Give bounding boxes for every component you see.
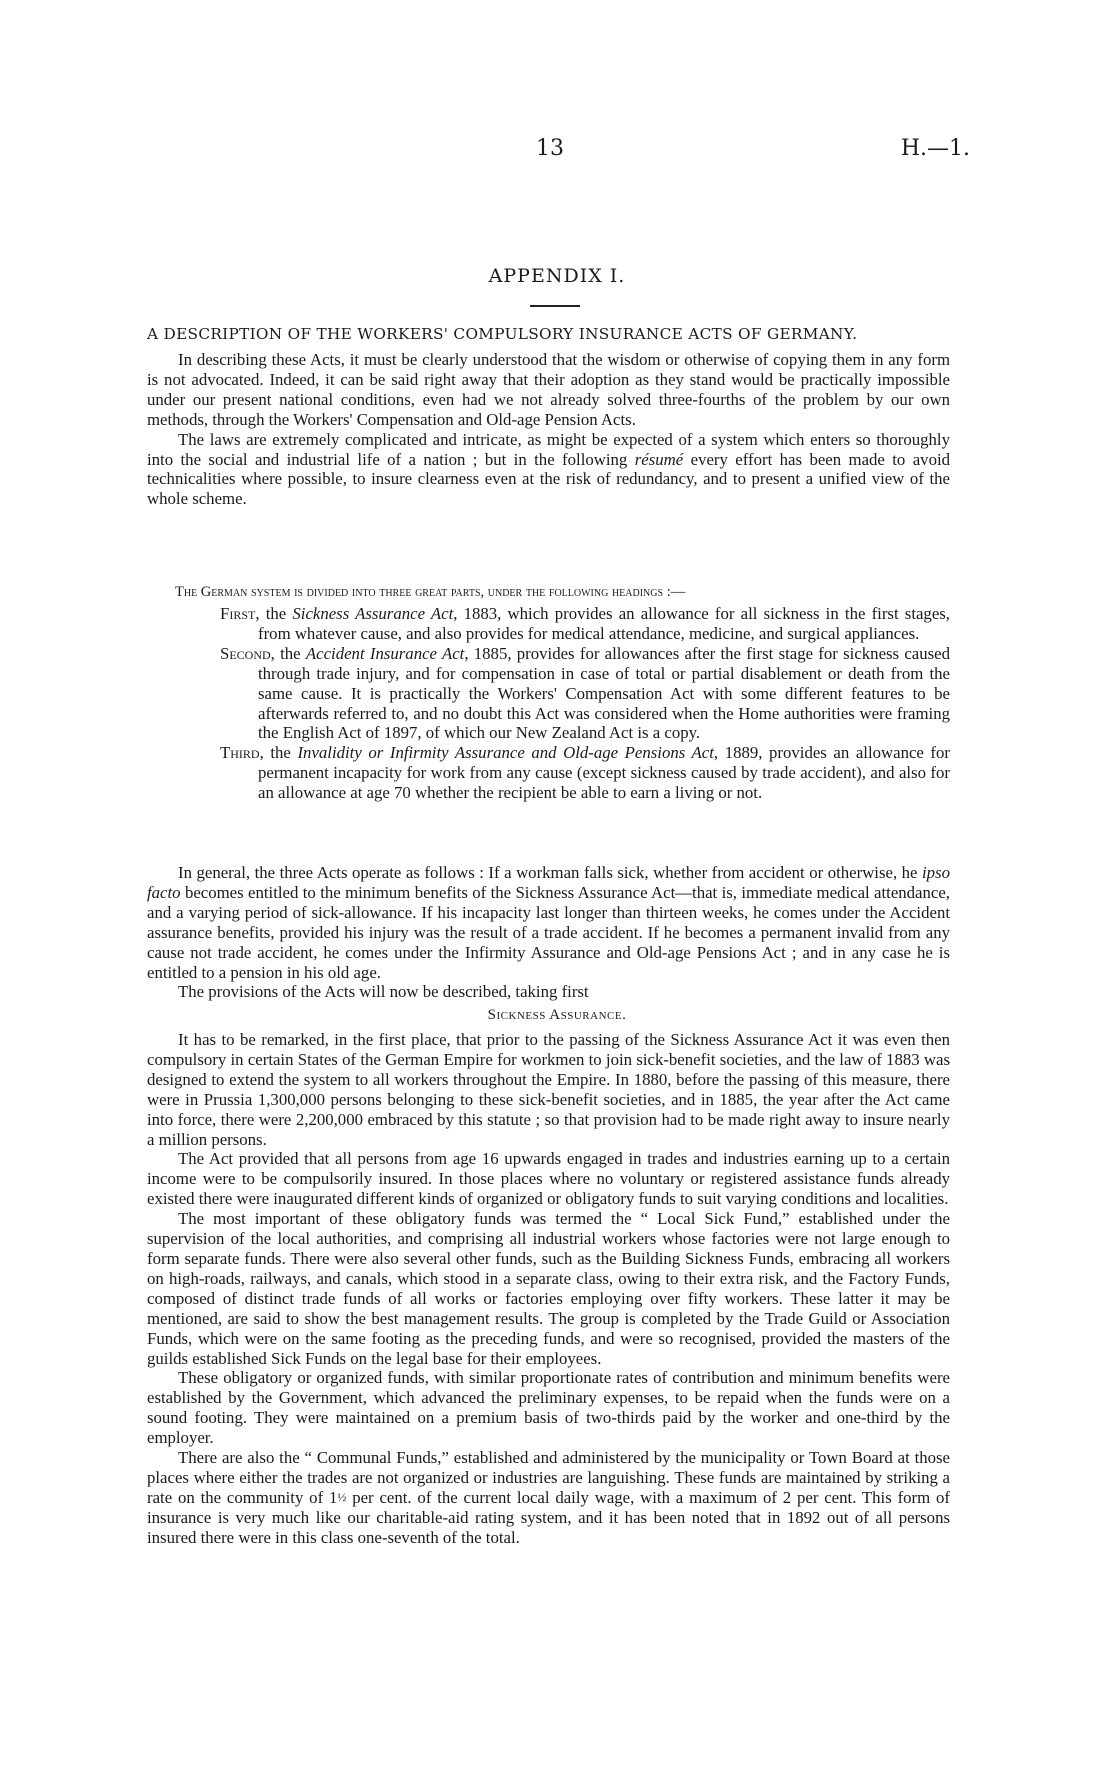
general-p1-b: becomes entitled to the minimum benefits… (147, 883, 950, 982)
appendix-title: APPENDIX I. (0, 265, 1114, 287)
part-third: Third, the Invalidity or Infirmity Assur… (220, 743, 950, 803)
resume-italic: résumé (635, 450, 683, 469)
intro-paragraph-1: In describing these Acts, it must be cle… (147, 350, 950, 430)
part-ordinal: First (220, 604, 255, 623)
part-first: First, the Sickness Assurance Act, 1883,… (220, 604, 950, 644)
document-page: 13 H.—1. APPENDIX I. A Description of th… (0, 0, 1114, 1769)
part-second: Second, the Accident Insurance Act, 1885… (220, 644, 950, 744)
sickness-section: It has to be remarked, in the first plac… (147, 1030, 950, 1548)
act-name: Accident Insurance Act (306, 644, 464, 663)
system-heading: The German system is divided into three … (175, 584, 955, 601)
sickness-paragraph-1: It has to be remarked, in the first plac… (147, 1030, 950, 1149)
act-name: Invalidity or Infirmity Assurance and Ol… (297, 743, 713, 762)
page-number: 13 (520, 136, 580, 161)
part-pre: , the (271, 644, 306, 663)
part-pre: , the (255, 604, 292, 623)
sickness-paragraph-5: There are also the “ Communal Funds,” es… (147, 1448, 950, 1548)
sickness-paragraph-2: The Act provided that all persons from a… (147, 1149, 950, 1209)
intro-p2-start: The laws are extremely complicated and i… (178, 430, 850, 449)
general-section: In general, the three Acts operate as fo… (147, 863, 950, 1002)
title-divider (530, 305, 580, 308)
general-paragraph-1: In general, the three Acts operate as fo… (147, 863, 950, 982)
general-paragraph-2: The provisions of the Acts will now be d… (147, 982, 950, 1002)
intro-paragraph-2: The laws are extremely complicated and i… (147, 430, 950, 510)
main-title: A Description of the Workers' Compulsory… (147, 325, 952, 343)
part-ordinal: Third (220, 743, 260, 762)
document-reference: H.—1. (880, 136, 970, 161)
general-p1-a: In general, the three Acts operate as fo… (178, 863, 922, 882)
act-name: Sickness Assurance Act (292, 604, 453, 623)
part-ordinal: Second (220, 644, 271, 663)
part-pre: , the (260, 743, 298, 762)
sickness-paragraph-4: These obligatory or organized funds, wit… (147, 1368, 950, 1448)
intro-section: In describing these Acts, it must be cle… (147, 350, 950, 509)
system-parts: First, the Sickness Assurance Act, 1883,… (220, 604, 950, 803)
section-heading-sickness: Sickness Assurance. (0, 1007, 1114, 1024)
sickness-paragraph-3: The most important of these obligatory f… (147, 1209, 950, 1368)
